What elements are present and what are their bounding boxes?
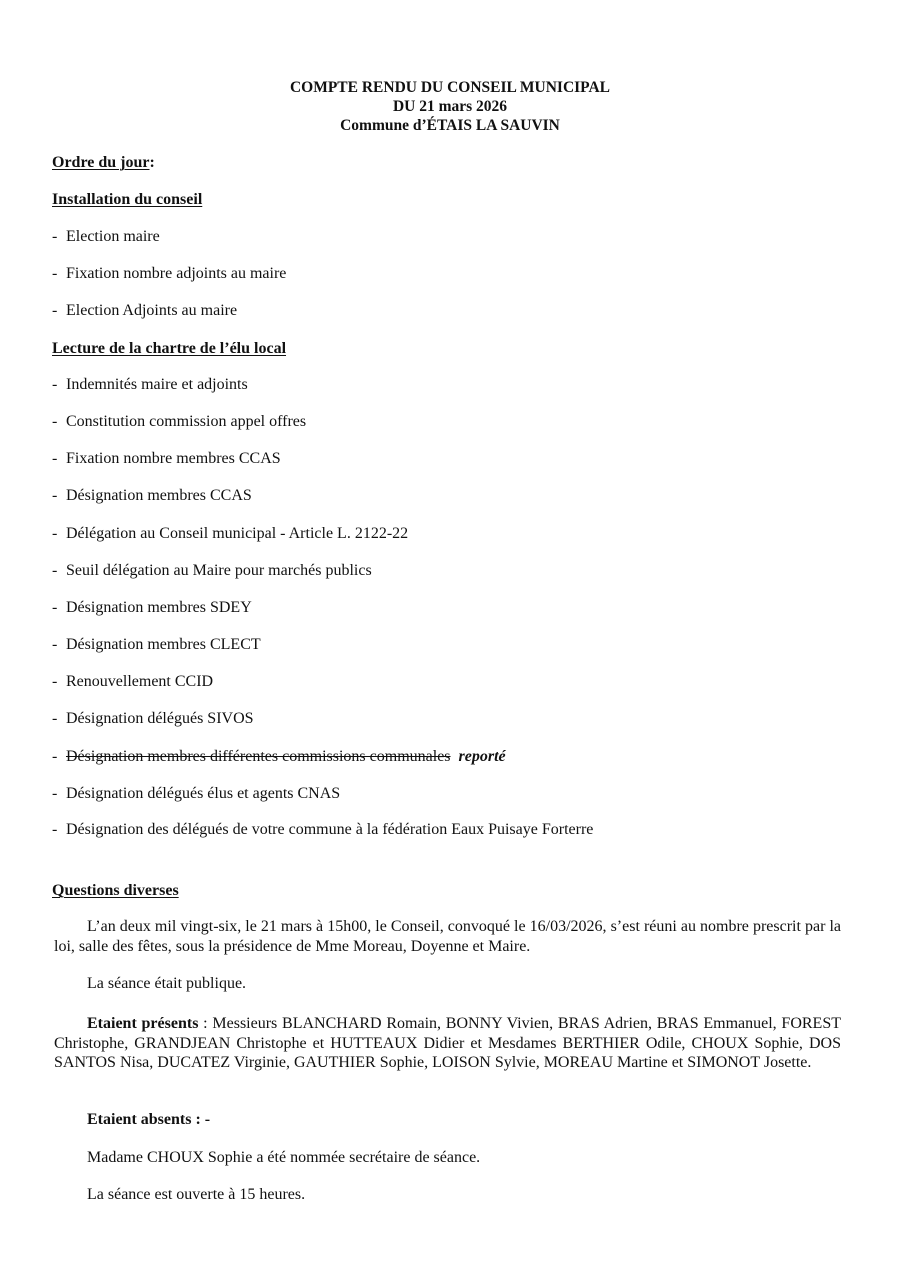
agenda-item: -Fixation nombre adjoints au maire [52, 265, 286, 283]
section-heading-charte: Lecture de la chartre de l’élu local [52, 340, 286, 358]
dash: - [52, 487, 66, 505]
agenda-item: -Désignation membres CCAS [52, 487, 252, 505]
dash: - [52, 525, 66, 543]
agenda-heading: Ordre du jour : [52, 154, 155, 172]
document-title: COMPTE RENDU DU CONSEIL MUNICIPAL DU 21 … [0, 78, 900, 135]
dash: - [52, 636, 66, 654]
agenda-item-postponed: -Désignation membres différentes commiss… [52, 748, 506, 766]
agenda-item: -Seuil délégation au Maire pour marchés … [52, 562, 372, 580]
section-heading-questions: Questions diverses [52, 882, 179, 900]
dash: - [52, 265, 66, 283]
title-line-3: Commune d’ÉTAIS LA SAUVIN [0, 116, 900, 135]
agenda-item: -Délégation au Conseil municipal - Artic… [52, 525, 408, 543]
struck-item-text: Désignation membres différentes commissi… [66, 748, 451, 765]
agenda-item: -Désignation membres CLECT [52, 636, 261, 654]
dash: - [52, 821, 66, 839]
agenda-item-text: Désignation délégués SIVOS [66, 710, 254, 727]
dash: - [52, 710, 66, 728]
absent-label: Etaient absents : - [87, 1111, 210, 1129]
opening-text: La séance est ouverte à 15 heures. [87, 1186, 305, 1204]
agenda-item: -Désignation membres SDEY [52, 599, 252, 617]
document-page: COMPTE RENDU DU CONSEIL MUNICIPAL DU 21 … [0, 0, 900, 1272]
secretary-text: Madame CHOUX Sophie a été nommée secréta… [87, 1149, 480, 1167]
agenda-item: -Désignation délégués élus et agents CNA… [52, 785, 340, 803]
agenda-item-text: Election maire [66, 228, 160, 245]
dash: - [52, 413, 66, 431]
agenda-item-text: Désignation délégués élus et agents CNAS [66, 785, 340, 802]
dash: - [52, 562, 66, 580]
agenda-item: -Fixation nombre membres CCAS [52, 450, 281, 468]
intro-paragraph: L’an deux mil vingt-six, le 21 mars à 15… [54, 917, 841, 956]
agenda-item: -Renouvellement CCID [52, 673, 213, 691]
agenda-item-text: Fixation nombre membres CCAS [66, 450, 281, 467]
section-heading-installation: Installation du conseil [52, 191, 202, 209]
title-line-2: DU 21 mars 2026 [0, 97, 900, 116]
agenda-item-text: Désignation membres SDEY [66, 599, 252, 616]
title-line-1: COMPTE RENDU DU CONSEIL MUNICIPAL [0, 78, 900, 97]
public-session-text: La séance était publique. [87, 975, 246, 993]
agenda-item: -Désignation délégués SIVOS [52, 710, 254, 728]
agenda-item: -Indemnités maire et adjoints [52, 376, 248, 394]
agenda-item-text: Renouvellement CCID [66, 673, 213, 690]
dash: - [52, 302, 66, 320]
dash: - [52, 228, 66, 246]
dash: - [52, 376, 66, 394]
agenda-heading-colon: : [149, 154, 154, 172]
postponed-note: reporté [459, 748, 506, 765]
attendees-paragraph: Etaient présents : Messieurs BLANCHARD R… [54, 1014, 841, 1073]
agenda-item-text: Désignation membres CCAS [66, 487, 252, 504]
agenda-item: -Election Adjoints au maire [52, 302, 237, 320]
agenda-item-text: Fixation nombre adjoints au maire [66, 265, 286, 282]
dash: - [52, 599, 66, 617]
dash: - [52, 748, 66, 766]
agenda-item-text: Désignation des délégués de votre commun… [66, 821, 593, 838]
agenda-heading-text: Ordre du jour [52, 154, 149, 171]
agenda-item-text: Election Adjoints au maire [66, 302, 237, 319]
agenda-item: -Désignation des délégués de votre commu… [52, 821, 593, 839]
agenda-item-text: Constitution commission appel offres [66, 413, 306, 430]
agenda-item: -Election maire [52, 228, 160, 246]
agenda-item-text: Indemnités maire et adjoints [66, 376, 248, 393]
agenda-item-text: Délégation au Conseil municipal - Articl… [66, 525, 408, 542]
dash: - [52, 673, 66, 691]
dash: - [52, 450, 66, 468]
agenda-item-text: Seuil délégation au Maire pour marchés p… [66, 562, 372, 579]
agenda-item: -Constitution commission appel offres [52, 413, 306, 431]
agenda-item-text: Désignation membres CLECT [66, 636, 261, 653]
present-label: Etaient présents [87, 1015, 198, 1032]
dash: - [52, 785, 66, 803]
